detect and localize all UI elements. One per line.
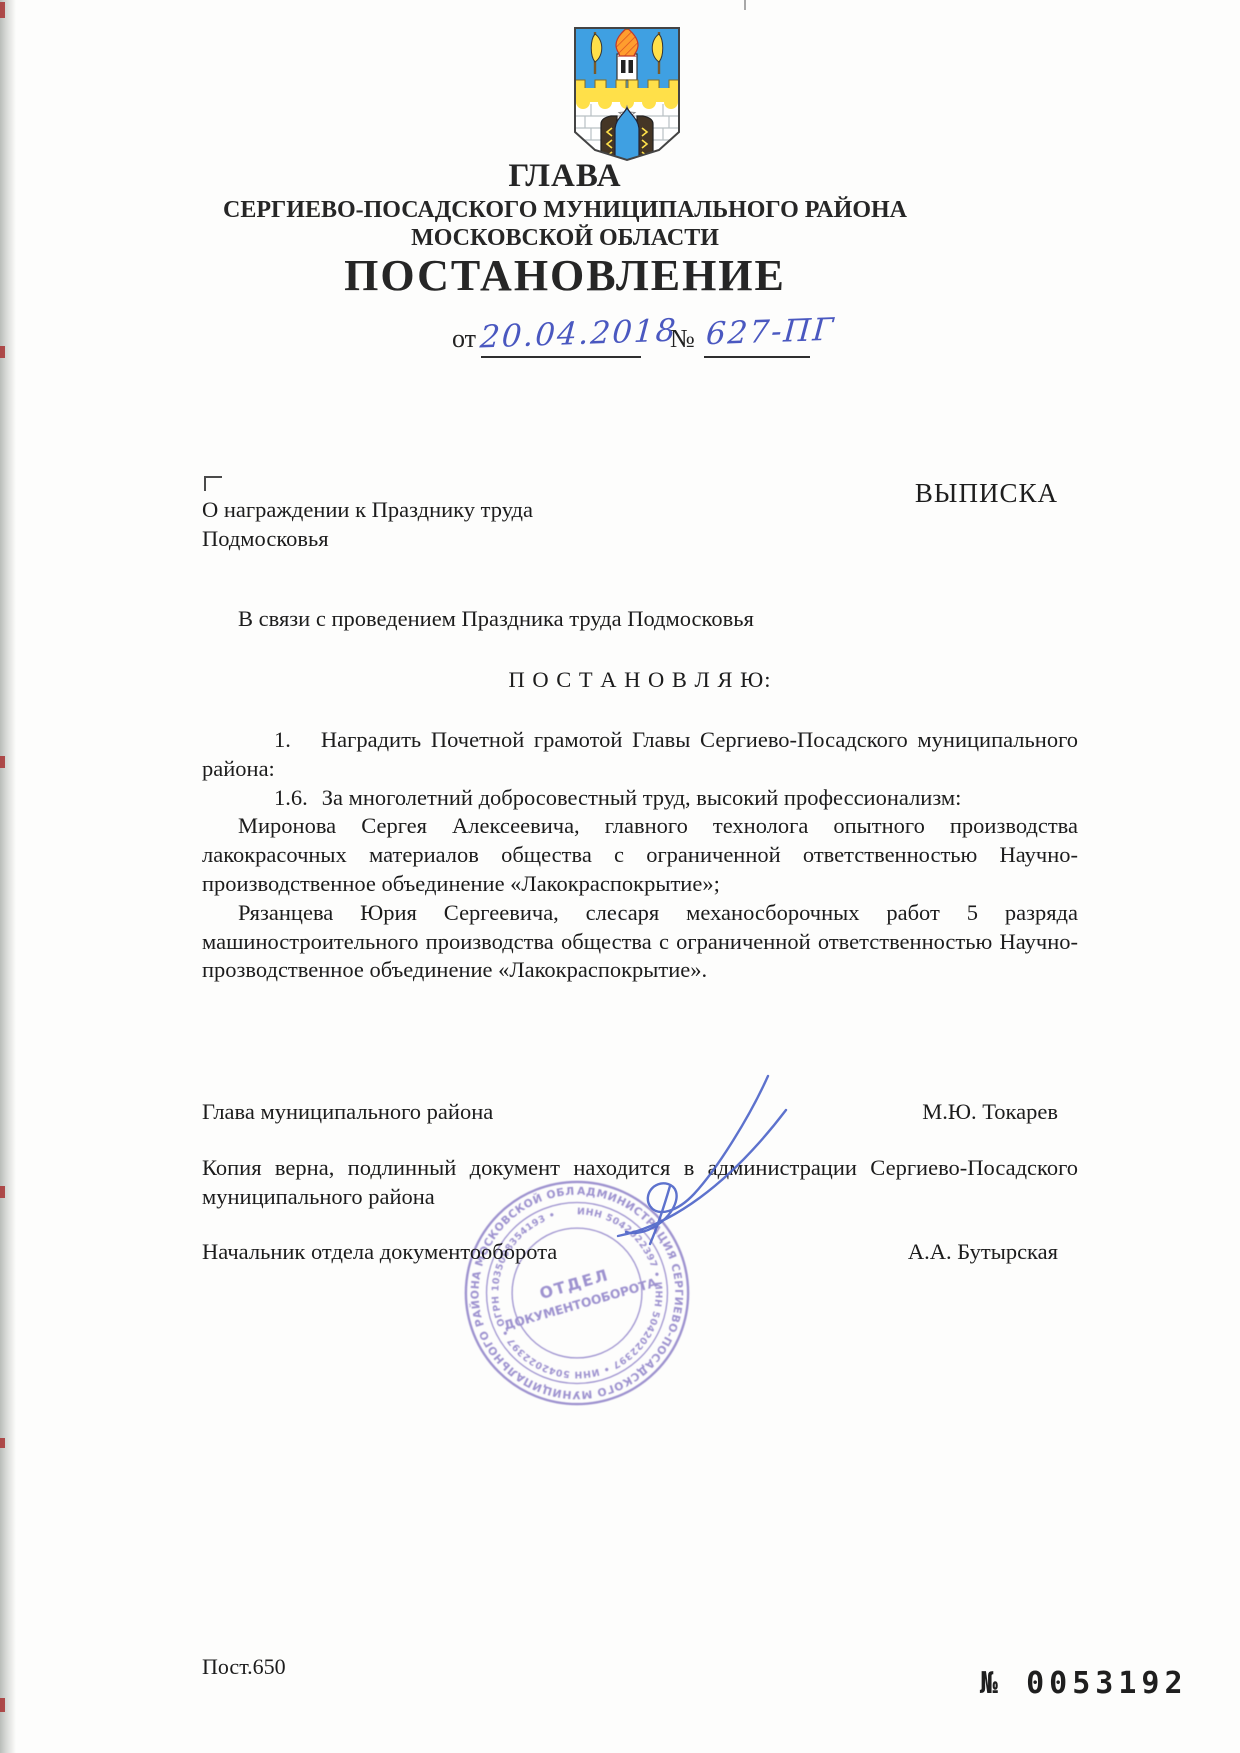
signatory-name: М.Ю. Токарев [922,1098,1078,1127]
body-paragraph-1: 1.Наградить Почетной грамотой Главы Серг… [202,726,1078,784]
item-number: 1. [238,726,291,755]
scan-artifact [744,0,746,10]
header-org-line2: СЕРГИЕВО-ПОСАДСКОГО МУНИЦИПАЛЬНОГО РАЙОН… [0,197,1130,224]
item-text: За многолетний добросовестный труд, высо… [322,785,962,810]
resolution-body: 1.Наградить Почетной грамотой Главы Серг… [202,726,1078,985]
scan-artifact [0,1186,5,1198]
intro-paragraph: В связи с проведением Праздника труда По… [202,605,1078,634]
scan-artifact [0,1698,5,1712]
award-item-2: Рязанцева Юрия Сергеевича, слесаря механ… [202,899,1078,985]
header-org-title: ГЛАВА [0,158,1130,195]
scan-artifact [0,2,5,18]
extract-label: ВЫПИСКА [858,478,1058,509]
doc-type-title: ПОСТАНОВЛЕНИЕ [0,250,1130,301]
document-page: ГЛАВА СЕРГИЕВО-ПОСАДСКОГО МУНИЦИПАЛЬНОГО… [0,0,1240,1753]
date-label: от [452,324,476,354]
subject-line-1: О награждении к Празднику труда [202,497,533,523]
scan-artifact [0,756,5,768]
number-value-handwritten: 627-ПГ [705,312,837,353]
scan-artifact [0,1438,5,1448]
serial-number-stamp: № 0053192 [980,1666,1188,1701]
signatory-name: А.А. Бутырская [908,1238,1078,1267]
subject-line-2: Подмосковья [202,526,329,552]
scan-artifact [0,346,5,358]
item-text: Наградить Почетной грамотой Главы Сергие… [202,727,1078,781]
item-number: 1.6. [238,784,308,813]
coat-of-arms [570,24,684,164]
header-org-line3: МОСКОВСКОЙ ОБЛАСТИ [0,225,1130,252]
award-item-1: Миронова Сергея Алексеевича, главного те… [202,812,1078,898]
pen-signature [600,1058,810,1253]
footer-doc-ref: Пост.650 [202,1654,286,1680]
intro-text: В связи с проведением Праздника труда По… [202,605,1078,634]
resolution-heading: П О С Т А Н О В Л Я Ю: [202,666,1078,695]
signatory-title: Глава муниципального района [202,1098,493,1127]
date-value-handwritten: 20.04.2018 [479,312,679,355]
corner-mark [204,476,222,491]
body-paragraph-16: 1.6.За многолетний добросовестный труд, … [202,784,1078,813]
number-label: № [670,324,695,354]
